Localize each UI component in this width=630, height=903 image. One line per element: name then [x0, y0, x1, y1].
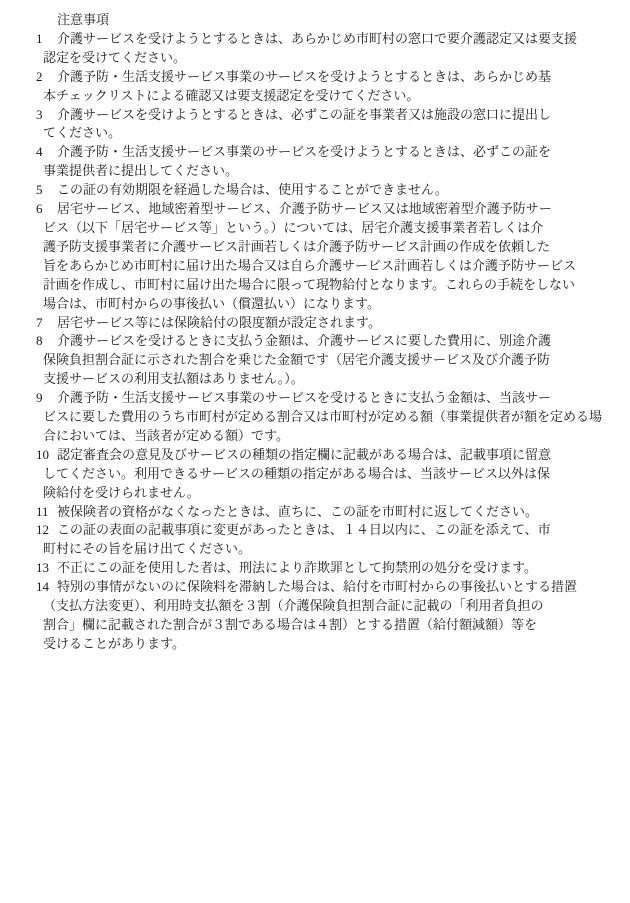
- note-item-text: 介護予防・生活支援サービス事業のサービスを受けるときに支払う金額は、当該サー: [57, 389, 551, 408]
- note-item-text: 認定審査会の意見及びサービスの種類の指定欄に記載がある場合は、記載事項に留意: [57, 446, 551, 465]
- note-item-first-line: 1 介護サービスを受けようとするときは、あらかじめ市町村の窓口で要介護認定又は要…: [36, 30, 600, 49]
- note-item: 1 介護サービスを受けようとするときは、あらかじめ市町村の窓口で要介護認定又は要…: [36, 30, 600, 68]
- note-continuation-line: 旨をあらかじめ市町村に届け出た場合又は自ら介護サービス計画若しくは介護予防サービ…: [43, 257, 600, 276]
- notes-list: 1 介護サービスを受けようとするときは、あらかじめ市町村の窓口で要介護認定又は要…: [36, 30, 600, 654]
- note-item-number: 4: [36, 143, 57, 162]
- note-item: 3 介護サービスを受けようとするときは、必ずこの証を事業者又は施設の窓口に提出し…: [36, 106, 600, 144]
- note-continuation-line: 事業提供者に提出してください。: [43, 162, 600, 181]
- note-continuation-line: 保険負担割合証に示された割合を乗じた金額です（居宅介護支援サービス及び介護予防: [43, 351, 600, 370]
- note-continuation-line: 割合」欄に記載された割合が３割である場合は４割）とする措置（給付額減額）等を: [43, 616, 600, 635]
- note-item-number: 7: [36, 314, 57, 333]
- note-item-text: 被保険者の資格がなくなったときは、直ちに、この証を市町村に返してください。: [57, 503, 538, 522]
- note-item-number: 12: [36, 521, 57, 540]
- note-item-first-line: 13 不正にこの証を使用した者は、刑法により詐欺罪として拘禁刑の処分を受けます。: [36, 559, 600, 578]
- note-continuation-line: ビス（以下「居宅サービス等」という。）については、居宅介護支援事業者若しくは介: [43, 219, 600, 238]
- note-item-number: 6: [36, 200, 57, 219]
- note-item: 11 被保険者の資格がなくなったときは、直ちに、この証を市町村に返してください。: [36, 503, 600, 522]
- note-item-text: この証の有効期限を経過した場合は、使用することができません。: [57, 181, 448, 200]
- note-continuation-line: 支援サービスの利用支払額はありません。）。: [43, 370, 600, 389]
- note-item-number: 14: [36, 578, 57, 597]
- note-item: 7 居宅サービス等には保険給付の限度額が設定されます。: [36, 314, 600, 333]
- note-item-number: 2: [36, 68, 57, 87]
- note-continuation-line: してください。利用できるサービスの種類の指定がある場合は、当該サービス以外は保: [43, 465, 600, 484]
- note-item-text: この証の表面の記載事項に変更があったときは、１４日以内に、この証を添えて、市: [57, 521, 551, 540]
- note-continuation-line: 町村にその旨を届け出てください。: [43, 540, 600, 559]
- note-item-text: 居宅サービス等には保険給付の限度額が設定されます。: [57, 314, 381, 333]
- note-item: 5 この証の有効期限を経過した場合は、使用することができません。: [36, 181, 600, 200]
- note-item-first-line: 12 この証の表面の記載事項に変更があったときは、１４日以内に、この証を添えて、…: [36, 521, 600, 540]
- note-item-first-line: 7 居宅サービス等には保険給付の限度額が設定されます。: [36, 314, 600, 333]
- note-item-number: 5: [36, 181, 57, 200]
- note-continuation-line: 計画を作成し、市町村に届け出た場合に限って現物給付となります。これらの手続をしな…: [43, 276, 600, 295]
- note-continuation-line: ビスに要した費用のうち市町村が定める割合又は市町村が定める額（事業提供者が額を定…: [43, 408, 600, 427]
- note-item-first-line: 4 介護予防・生活支援サービス事業のサービスを受けようとするときは、必ずこの証を: [36, 143, 600, 162]
- note-item-number: 1: [36, 30, 57, 49]
- note-continuation-line: 護予防支援事業者に介護サービス計画若しくは介護予防サービス計画の作成を依頼した: [43, 238, 600, 257]
- note-continuation-line: 合においては、当該者が定める額）です。: [43, 427, 600, 446]
- note-item-first-line: 3 介護サービスを受けようとするときは、必ずこの証を事業者又は施設の窓口に提出し: [36, 106, 600, 125]
- note-item-first-line: 8 介護サービスを受けるときに支払う金額は、介護サービスに要した費用に、別途介護: [36, 332, 600, 351]
- note-item-first-line: 5 この証の有効期限を経過した場合は、使用することができません。: [36, 181, 600, 200]
- note-continuation-line: 本チェックリストによる確認又は要支援認定を受けてください。: [43, 87, 600, 106]
- note-item-number: 8: [36, 332, 57, 351]
- note-item: 13 不正にこの証を使用した者は、刑法により詐欺罪として拘禁刑の処分を受けます。: [36, 559, 600, 578]
- note-continuation-line: てください。: [43, 124, 600, 143]
- note-item-number: 3: [36, 106, 57, 125]
- document-page: 注意事項 1 介護サービスを受けようとするときは、あらかじめ市町村の窓口で要介護…: [0, 0, 630, 903]
- note-item: 4 介護予防・生活支援サービス事業のサービスを受けようとするときは、必ずこの証を…: [36, 143, 600, 181]
- note-continuation-line: （支払方法変更）、利用時支払額を３割（介護保険負担割合証に記載の「利用者負担の: [43, 597, 600, 616]
- note-item-text: 特別の事情がないのに保険料を滞納した場合は、給付を市町村からの事後払いとする措置: [57, 578, 577, 597]
- note-item-text: 介護予防・生活支援サービス事業のサービスを受けようとするときは、必ずこの証を: [57, 143, 551, 162]
- note-continuation-line: 受けることがあります。: [43, 635, 600, 654]
- note-item-first-line: 11 被保険者の資格がなくなったときは、直ちに、この証を市町村に返してください。: [36, 503, 600, 522]
- note-item-text: 不正にこの証を使用した者は、刑法により詐欺罪として拘禁刑の処分を受けます。: [57, 559, 537, 578]
- note-item-number: 11: [36, 503, 57, 522]
- note-item-number: 13: [36, 559, 57, 578]
- note-item-text: 介護サービスを受けようとするときは、必ずこの証を事業者又は施設の窓口に提出し: [57, 106, 551, 125]
- note-item: 6 居宅サービス、地域密着型サービス、介護予防サービス又は地域密着型介護予防サー…: [36, 200, 600, 313]
- note-item-number: 9: [36, 389, 57, 408]
- note-item-first-line: 2 介護予防・生活支援サービス事業のサービスを受けようとするときは、あらかじめ基: [36, 68, 600, 87]
- note-item: 2 介護予防・生活支援サービス事業のサービスを受けようとするときは、あらかじめ基…: [36, 68, 600, 106]
- note-item-first-line: 14 特別の事情がないのに保険料を滞納した場合は、給付を市町村からの事後払いとす…: [36, 578, 600, 597]
- document-title: 注意事項: [57, 11, 600, 30]
- note-continuation-line: 険給付を受けられません。: [43, 484, 600, 503]
- note-item-text: 介護サービスを受けようとするときは、あらかじめ市町村の窓口で要介護認定又は要支援: [57, 30, 577, 49]
- note-item-first-line: 6 居宅サービス、地域密着型サービス、介護予防サービス又は地域密着型介護予防サー: [36, 200, 600, 219]
- note-continuation-line: 場合は、市町村からの事後払い（償還払い）になります。: [43, 295, 600, 314]
- note-item: 9 介護予防・生活支援サービス事業のサービスを受けるときに支払う金額は、当該サー…: [36, 389, 600, 446]
- note-item-text: 介護サービスを受けるときに支払う金額は、介護サービスに要した費用に、別途介護: [57, 332, 551, 351]
- note-item-number: 10: [36, 446, 57, 465]
- note-item-first-line: 10 認定審査会の意見及びサービスの種類の指定欄に記載がある場合は、記載事項に留…: [36, 446, 600, 465]
- note-continuation-line: 認定を受けてください。: [43, 49, 600, 68]
- note-item: 14 特別の事情がないのに保険料を滞納した場合は、給付を市町村からの事後払いとす…: [36, 578, 600, 654]
- note-item: 12 この証の表面の記載事項に変更があったときは、１４日以内に、この証を添えて、…: [36, 521, 600, 559]
- note-item: 8 介護サービスを受けるときに支払う金額は、介護サービスに要した費用に、別途介護…: [36, 332, 600, 389]
- note-item-text: 居宅サービス、地域密着型サービス、介護予防サービス又は地域密着型介護予防サー: [57, 200, 552, 219]
- note-item-first-line: 9 介護予防・生活支援サービス事業のサービスを受けるときに支払う金額は、当該サー: [36, 389, 600, 408]
- note-item-text: 介護予防・生活支援サービス事業のサービスを受けようとするときは、あらかじめ基: [57, 68, 551, 87]
- note-item: 10 認定審査会の意見及びサービスの種類の指定欄に記載がある場合は、記載事項に留…: [36, 446, 600, 503]
